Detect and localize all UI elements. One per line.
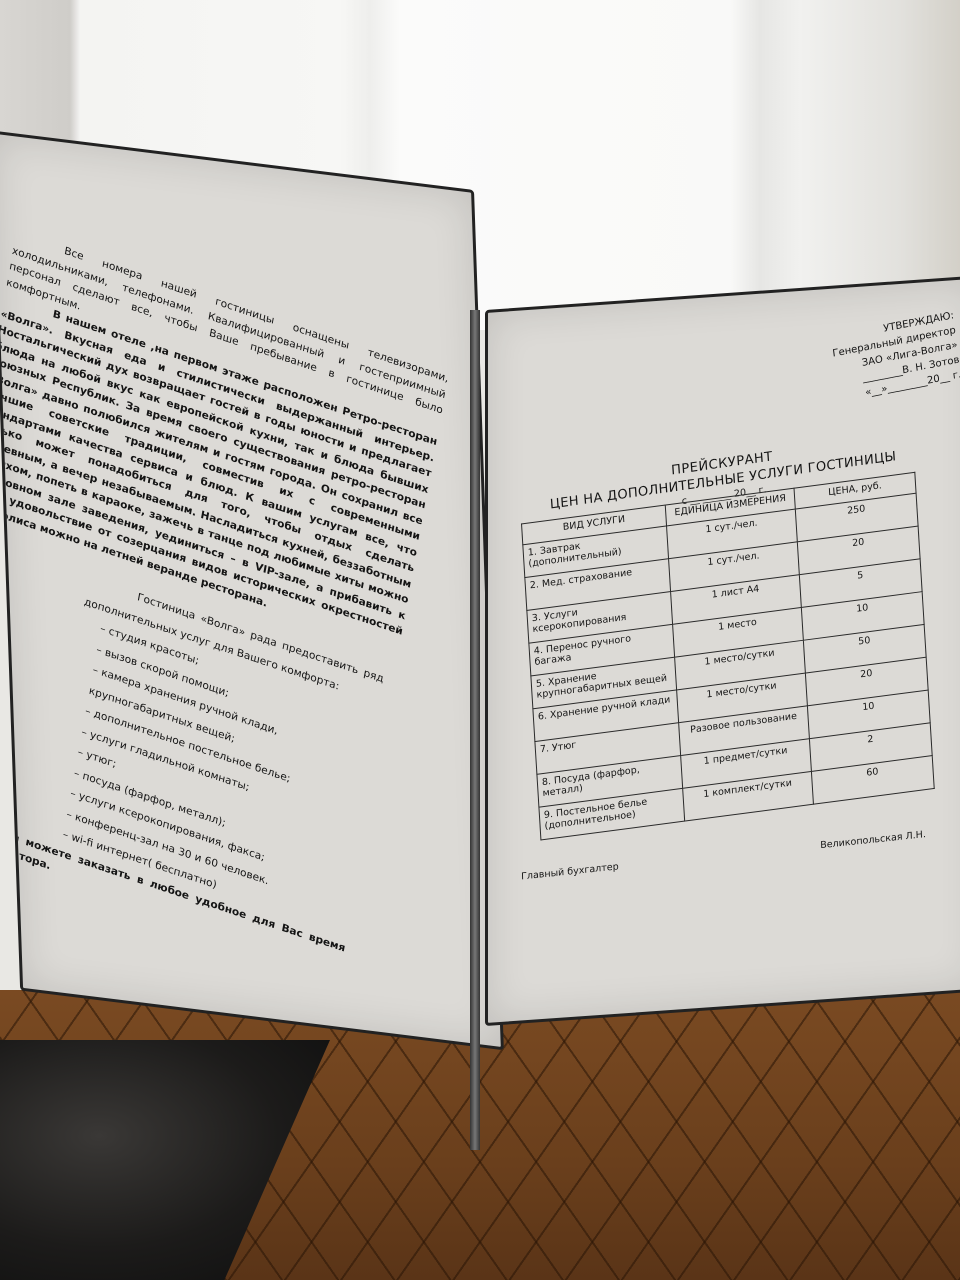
signature-line: Главный бухгалтер Великопольская Л.Н.: [521, 829, 926, 882]
right-page: УТВЕРЖДАЮ: Генеральный директор ЗАО «Лиг…: [485, 275, 960, 1026]
hotel-info-text: Все номера нашей гостиницы оснащены теле…: [0, 227, 450, 973]
approval-block: УТВЕРЖДАЮ: Генеральный директор ЗАО «Лиг…: [735, 308, 960, 424]
folder-spine: [470, 310, 480, 1150]
accountant-name: Великопольская Л.Н.: [820, 829, 926, 851]
price-table: ВИД УСЛУГИ ЕДИНИЦА ИЗМЕРЕНИЯ ЦЕНА, руб. …: [521, 472, 935, 841]
document-folder: Все номера нашей гостиницы оснащены теле…: [0, 150, 960, 1050]
left-page: Все номера нашей гостиницы оснащены теле…: [0, 130, 504, 1050]
price-list-document: УТВЕРЖДАЮ: Генеральный директор ЗАО «Лиг…: [503, 301, 943, 877]
accountant-role: Главный бухгалтер: [521, 861, 619, 882]
